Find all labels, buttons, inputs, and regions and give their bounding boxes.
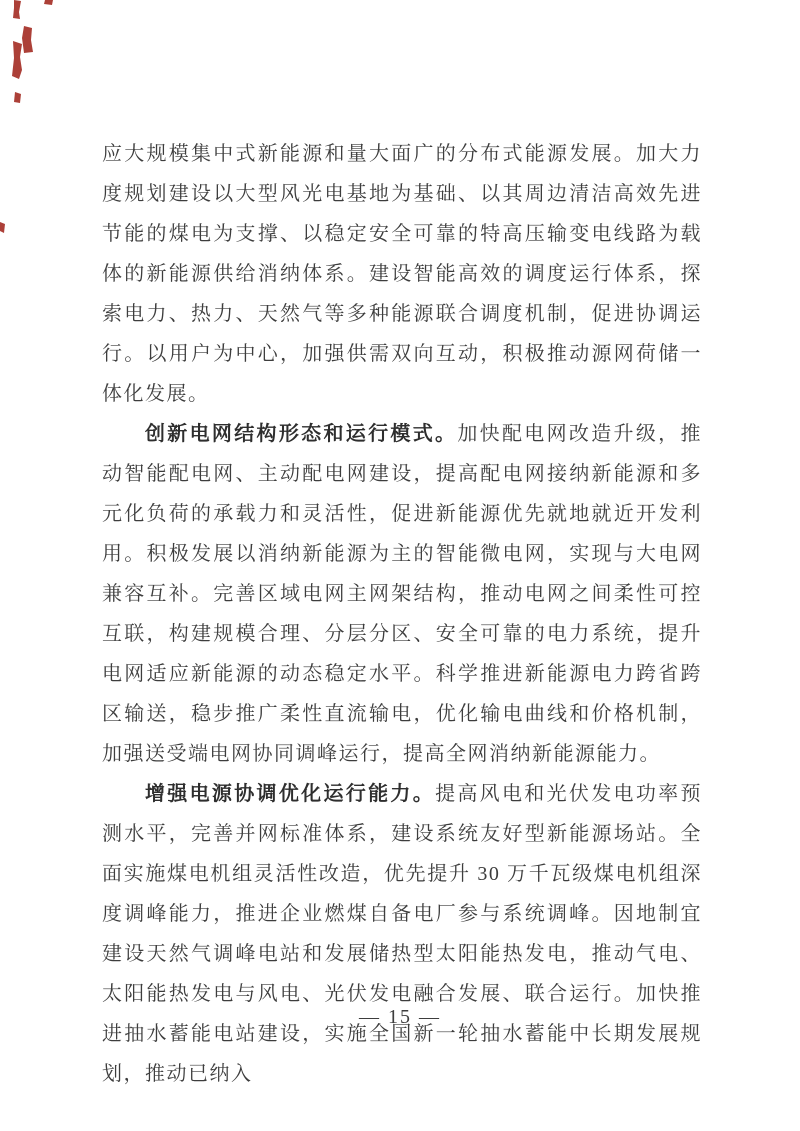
paragraph-continuation: 应大规模集中式新能源和量大面广的分布式能源发展。加大力度规划建设以大型风光电基地… bbox=[102, 134, 702, 414]
paragraph-text: 提高风电和光伏发电功率预测水平，完善并网标准体系，建设系统友好型新能源场站。全面… bbox=[102, 783, 702, 1085]
paragraph-bold-lead: 创新电网结构形态和运行模式。 bbox=[145, 423, 457, 445]
paragraph-grid-structure: 创新电网结构形态和运行模式。加快配电网改造升级，推动智能配电网、主动配电网建设，… bbox=[102, 414, 702, 774]
document-body: 应大规模集中式新能源和量大面广的分布式能源发展。加大力度规划建设以大型风光电基地… bbox=[102, 134, 702, 1094]
paragraph-power-coordination: 增强电源协调优化运行能力。提高风电和光伏发电功率预测水平，完善并网标准体系，建设… bbox=[102, 774, 702, 1094]
document-page: 应大规模集中式新能源和量大面广的分布式能源发展。加大力度规划建设以大型风光电基地… bbox=[0, 0, 800, 1131]
page-number-label: — 15 — bbox=[359, 1006, 441, 1028]
page-number: — 15 — bbox=[0, 1006, 800, 1029]
paragraph-text: 加快配电网改造升级，推动智能配电网、主动配电网建设，提高配电网接纳新能源和多元化… bbox=[102, 423, 702, 765]
paragraph-bold-lead: 增强电源协调优化运行能力。 bbox=[145, 783, 435, 805]
red-ink-marks-icon bbox=[0, 0, 90, 250]
paragraph-text: 应大规模集中式新能源和量大面广的分布式能源发展。加大力度规划建设以大型风光电基地… bbox=[102, 143, 702, 405]
